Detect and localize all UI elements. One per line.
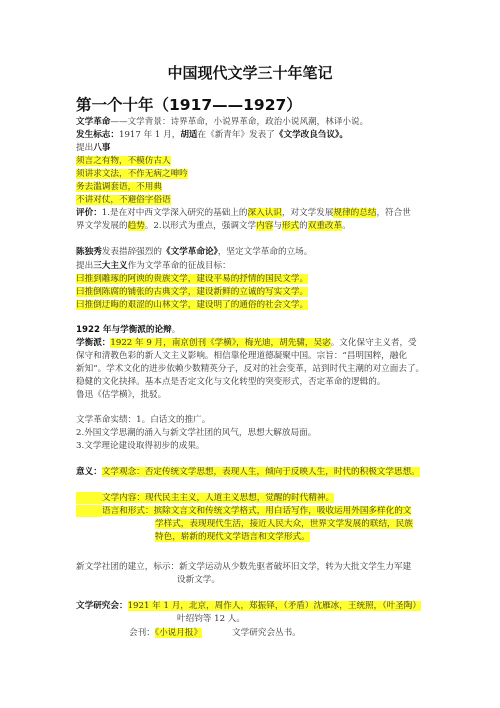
evaluation-text: 。 bbox=[342, 221, 351, 231]
eight-item-text: 不讲对仗，不避俗字俗语 bbox=[76, 195, 171, 205]
three-isms-prefix: 提出 bbox=[76, 261, 93, 271]
evaluation-highlight: 形式 bbox=[282, 221, 299, 231]
three-isms-text: 曰推倒陈腐的铺张的古典文学，建设新鲜的立诚的写实文学。 bbox=[76, 287, 308, 297]
evaluation-text: ，符合世 bbox=[376, 208, 410, 218]
three-isms-item: 曰推倒陈腐的铺张的古典文学，建设新鲜的立诚的写实文学。 bbox=[76, 286, 308, 298]
journal-label: 会刊： bbox=[129, 628, 155, 638]
evaluation-text: ，对文学发展 bbox=[282, 208, 334, 218]
societies-line-1: 新文学社团的建立，标示：新文学运动从少数先驱者破坏旧文学，转为大批文学生力军建 bbox=[76, 561, 411, 573]
xueheng-label: 学衡派： bbox=[76, 338, 110, 348]
societies-line-2: 设新文学。 bbox=[177, 574, 220, 586]
eight-item-text: 务去滥调套语，不用典 bbox=[76, 182, 162, 192]
xueheng-heading-text: 1922 年与学衡派的论辩 bbox=[76, 325, 172, 335]
evaluation-label: 评价： bbox=[76, 208, 102, 218]
journal-name: 《小说月报》 bbox=[155, 628, 202, 638]
three-isms-item: 曰推到雕琢的阿谀的贵族文学，建设平易的抒情的国民文学。 bbox=[76, 273, 308, 285]
three-isms-heading: 提出三大主义作为文学革命的征战目标： bbox=[76, 260, 231, 272]
significance-lang-text: 学样式，表现现代生活，接近人民大众，世界文学发展的联结，民族 bbox=[155, 519, 413, 529]
significance-label: 意义： bbox=[76, 467, 102, 477]
achievements-line-3: 3.文学理论建设取得初步的成果。 bbox=[76, 440, 205, 452]
eight-items-prefix: 提出 bbox=[76, 143, 93, 153]
revolution-label: 文学革命 bbox=[76, 117, 110, 127]
achievements-line-1: 文学革命实绩：1。白话文的推广。 bbox=[76, 414, 210, 426]
significance-lang-line-1: 语言和形式：摈除文言文和传统文学格式，用白话写作，吸收运用外国多样化的文 bbox=[76, 505, 411, 517]
chen-text: ，坚定文学革命的立场。 bbox=[218, 247, 313, 257]
origin-text: 在《新青年》发表了 bbox=[198, 130, 275, 140]
significance-concept: 文学观念：否定传统文学思想，表现人生，倾向于反映人生，时代的积极文学思想。 bbox=[102, 467, 420, 477]
origin-label: 发生标志： bbox=[76, 130, 119, 140]
eight-item: 须讲求文法，不作无病之呻吟 bbox=[76, 168, 188, 180]
origin-line: 发生标志：1917 年 1 月，胡适在《新青年》发表了《文学改良刍议》。 bbox=[76, 129, 348, 141]
evaluation-text: 与 bbox=[273, 221, 282, 231]
origin-date: 1917 年 1 月， bbox=[119, 130, 180, 140]
xueheng-line-2: 保守和清教色彩的新人文主义影响。相信靠伦理道德凝聚中国。宗旨：“昌明国粹，融化 bbox=[76, 350, 407, 362]
xueheng-text: 。文化保守主义者，受 bbox=[331, 338, 417, 348]
origin-work: 《文学改良刍议》。 bbox=[275, 130, 348, 140]
evaluation-highlight: 双重改革 bbox=[308, 221, 342, 231]
eight-item-text: 须讲求文法，不作无病之呻吟 bbox=[76, 169, 188, 179]
significance-concept-line: 意义：文学观念：否定传统文学思想，表现人生，倾向于反映人生，时代的积极文学思想。 bbox=[76, 466, 420, 478]
eight-item-text: 须言之有物，不模仿古人 bbox=[76, 156, 171, 166]
chen-person: 陈独秀 bbox=[76, 247, 102, 257]
chen-line: 陈独秀发表措辞强烈的《文学革命论》，坚定文学革命的立场。 bbox=[76, 246, 312, 258]
significance-content-line: 文学内容：现代民主主义，人道主义思想，觉醒的时代精神。 bbox=[76, 492, 416, 504]
significance-lang-line-3: 特色，崭新的现代文学语言和文学形式。 bbox=[155, 531, 310, 543]
xueheng-highlight: 1922 年 9 月，南京创刊《学横》，梅光迪，胡先骕，吴宓 bbox=[110, 338, 330, 348]
evaluation-text: 界文学发展的 bbox=[76, 221, 128, 231]
achievements-line-2: 2.外国文学思潮的涌入与新文学社团的风气，思想大解放局面。 bbox=[76, 427, 316, 439]
indent-highlight bbox=[76, 492, 102, 504]
xueheng-line-3: 新知”。学术文化的进步依赖少数精英分子，反对的社会变革，站到时代主潮的对立面去了… bbox=[76, 363, 424, 375]
three-isms-item: 曰推倒迂晦的艰涩的山林文学，建设明了的通俗的社会文学。 bbox=[76, 299, 308, 311]
eight-item: 须言之有物，不模仿古人 bbox=[76, 155, 171, 167]
three-isms-suffix: 作为文学革命的征战目标： bbox=[128, 261, 231, 271]
xueheng-line-1: 学衡派：1922 年 9 月，南京创刊《学横》，梅光迪，胡先骕，吴宓。文化保守主… bbox=[76, 337, 417, 349]
three-isms-text: 曰推到雕琢的阿谀的贵族文学，建设平易的抒情的国民文学。 bbox=[76, 274, 308, 284]
document-page: · · · · · · · 中国现代文学三十年笔记 第一个十年（1917——19… bbox=[0, 0, 500, 708]
series-name: 文学研究会丛书。 bbox=[232, 628, 301, 638]
origin-person: 胡适 bbox=[180, 130, 197, 140]
xueheng-line-5: 鲁迅《估学横》，批驳。 bbox=[76, 389, 166, 401]
research-society-line-1: 文学研究会：1921 年 1 月，北京，周作人，郑振铎，（矛盾）沈雁冰，王统照，… bbox=[76, 600, 421, 612]
revolution-text: ——文学背景：诗界革命，小说界革命，政治小说风潮，林译小说。 bbox=[110, 117, 368, 127]
three-isms-label: 三大主义 bbox=[93, 261, 127, 271]
significance-lang-line-2: 学样式，表现现代生活，接近人民大众，世界文学发展的联结，民族 bbox=[155, 518, 413, 530]
indent-highlight bbox=[76, 505, 102, 517]
evaluation-highlight: 规律的总结 bbox=[333, 208, 376, 218]
evaluation-line-1: 评价：1.是在对中西文学深入研究的基础上的深入认识，对文学发展规律的总结，符合世 bbox=[76, 207, 411, 219]
significance-lang-text: 摈除文言文和传统文学格式，用白话写作，吸收运用外国多样化的文 bbox=[154, 506, 412, 516]
eight-items-label: 八事 bbox=[93, 143, 110, 153]
eight-item: 不讲对仗，不避俗字俗语 bbox=[76, 194, 171, 206]
research-society-label: 文学研究会： bbox=[76, 601, 128, 611]
evaluation-line-2: 界文学发展的趋势。2.以形式为重点，强调文学内容与形式的双重改革。 bbox=[76, 220, 351, 232]
significance-content: 文学内容：现代民主主义，人道主义思想，觉醒的时代精神。 bbox=[102, 493, 334, 503]
revolution-line: 文学革命——文学背景：诗界革命，小说界革命，政治小说风潮，林译小说。 bbox=[76, 116, 368, 128]
chen-work: 《文学革命论》 bbox=[162, 247, 218, 257]
evaluation-text: 1.是在对中西文学深入研究的基础上的 bbox=[102, 208, 248, 218]
section-heading: 第一个十年（1917——1927） bbox=[76, 93, 302, 115]
evaluation-highlight: 内容 bbox=[256, 221, 273, 231]
research-society-line-2: 叶绍钧等 12 人。 bbox=[177, 613, 245, 625]
three-isms-text: 曰推倒迂晦的艰涩的山林文学，建设明了的通俗的社会文学。 bbox=[76, 300, 308, 310]
xueheng-heading: 1922 年与学衡派的论辩。 bbox=[76, 324, 180, 336]
research-society-journal-line: 会刊：《小说月报》文学研究会丛书。 bbox=[129, 627, 301, 639]
xueheng-line-4: 稳健的文化抉择。基本点是否定文化与文化转型的突变形式，否定革命的逻辑的。 bbox=[76, 376, 385, 388]
significance-lang-label: 语言和形式： bbox=[102, 506, 154, 516]
chen-text: 发表措辞强烈的 bbox=[102, 247, 162, 257]
eight-item: 务去滥调套语，不用典 bbox=[76, 181, 162, 193]
significance-lang-text: 特色，崭新的现代文学语言和文学形式。 bbox=[155, 532, 310, 542]
evaluation-highlight: 深入认识 bbox=[248, 208, 282, 218]
evaluation-text: 。2.以形式为重点，强调文学 bbox=[145, 221, 256, 231]
xueheng-heading-end: 。 bbox=[172, 325, 181, 335]
evaluation-highlight: 趋势 bbox=[128, 221, 145, 231]
evaluation-text: 的 bbox=[299, 221, 308, 231]
eight-items-heading: 提出八事 bbox=[76, 142, 110, 154]
research-society-highlight: 1921 年 1 月，北京，周作人，郑振铎，（矛盾）沈雁冰，王统照，（叶圣陶） bbox=[128, 601, 421, 611]
document-title: 中国现代文学三十年笔记 bbox=[0, 62, 500, 83]
